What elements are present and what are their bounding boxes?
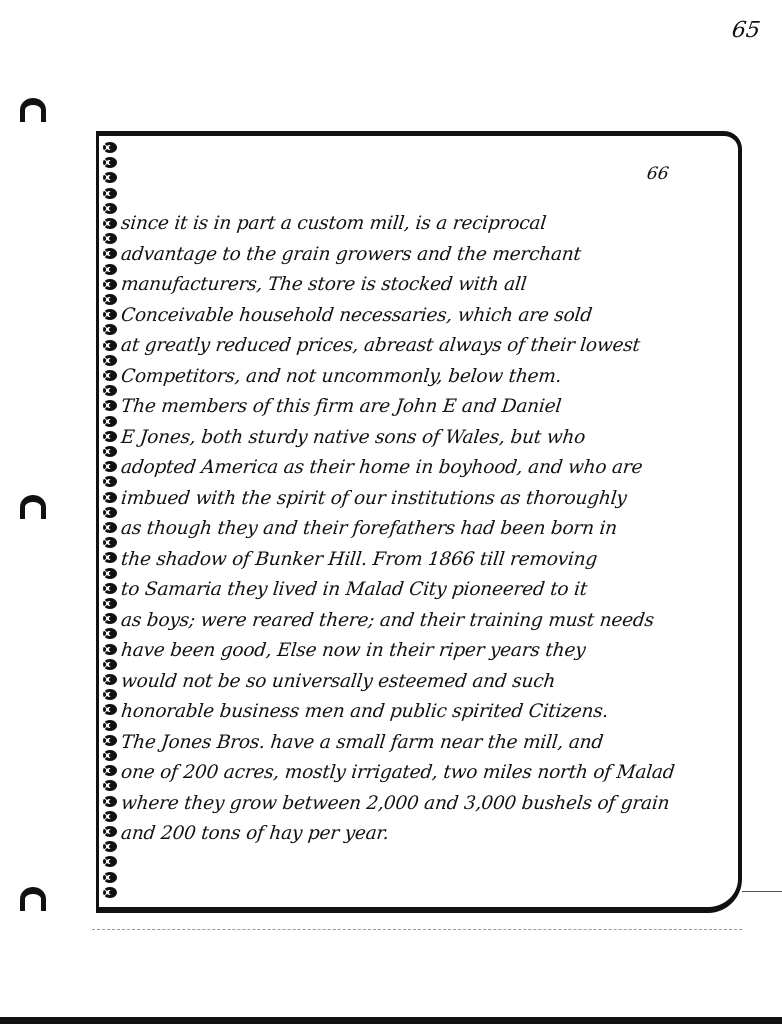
punch-hole-icon bbox=[20, 495, 46, 519]
text-line: Competitors, and not uncommonly, below t… bbox=[119, 362, 737, 393]
text-line: as though they and their forefathers had… bbox=[119, 514, 737, 545]
punch-hole-icon bbox=[20, 887, 46, 911]
spiral-coil-icon bbox=[103, 568, 117, 579]
text-line: to Samaria they lived in Malad City pion… bbox=[119, 575, 737, 606]
spiral-coil-icon bbox=[103, 340, 117, 351]
spiral-coil-icon bbox=[103, 537, 117, 548]
text-line: have been good, Else now in their riper … bbox=[119, 636, 737, 667]
text-line: the shadow of Bunker Hill. From 1866 til… bbox=[119, 545, 737, 576]
text-line: The Jones Bros. have a small farm near t… bbox=[119, 728, 737, 759]
text-line: adopted America as their home in boyhood… bbox=[119, 453, 737, 484]
spiral-coil-icon bbox=[103, 552, 117, 563]
spiral-coil-icon bbox=[103, 461, 117, 472]
spiral-coil-icon bbox=[103, 446, 117, 457]
spiral-coil-icon bbox=[103, 279, 117, 290]
spiral-coil-icon bbox=[103, 142, 117, 153]
text-line: where they grow between 2,000 and 3,000 … bbox=[119, 789, 737, 820]
spiral-coil-icon bbox=[103, 628, 117, 639]
text-line: manufacturers, The store is stocked with… bbox=[119, 270, 737, 301]
text-line: as boys; were reared there; and their tr… bbox=[119, 606, 737, 637]
spiral-coil-icon bbox=[103, 765, 117, 776]
spiral-coil-icon bbox=[103, 264, 117, 275]
faint-rule bbox=[92, 929, 742, 930]
spiral-coil-icon bbox=[103, 370, 117, 381]
spiral-coil-icon bbox=[103, 355, 117, 366]
spiral-coil-icon bbox=[103, 735, 117, 746]
spiral-coil-icon bbox=[103, 826, 117, 837]
spiral-coil-icon bbox=[103, 309, 117, 320]
spiral-coil-icon bbox=[103, 400, 117, 411]
text-line: The members of this firm are John E and … bbox=[119, 392, 737, 423]
spiral-coil-icon bbox=[103, 796, 117, 807]
spiral-coil-icon bbox=[103, 294, 117, 305]
spiral-coil-icon bbox=[103, 492, 117, 503]
spiral-coil-icon bbox=[103, 887, 117, 898]
inner-page-number: 66 bbox=[646, 164, 670, 184]
spiral-coil-icon bbox=[103, 218, 117, 229]
text-line: Conceivable household necessaries, which… bbox=[119, 301, 737, 332]
punch-hole-icon bbox=[20, 98, 46, 122]
margin-rule bbox=[742, 891, 782, 892]
spiral-coil-icon bbox=[103, 583, 117, 594]
spiral-coil-icon bbox=[103, 872, 117, 883]
spiral-coil-icon bbox=[103, 188, 117, 199]
spiral-binding-icon bbox=[103, 142, 121, 902]
spiral-coil-icon bbox=[103, 172, 117, 183]
handwritten-text: since it is in part a custom mill, is a … bbox=[121, 209, 736, 850]
spiral-coil-icon bbox=[103, 385, 117, 396]
spiral-coil-icon bbox=[103, 841, 117, 852]
notebook-page: 66 since it is in part a custom mill, is… bbox=[96, 131, 742, 913]
spiral-coil-icon bbox=[103, 431, 117, 442]
text-line: advantage to the grain growers and the m… bbox=[119, 240, 737, 271]
spiral-coil-icon bbox=[103, 704, 117, 715]
spiral-coil-icon bbox=[103, 476, 117, 487]
spiral-coil-icon bbox=[103, 248, 117, 259]
spiral-coil-icon bbox=[103, 659, 117, 670]
spiral-coil-icon bbox=[103, 324, 117, 335]
spiral-coil-icon bbox=[103, 674, 117, 685]
text-line: at greatly reduced prices, abreast alway… bbox=[119, 331, 737, 362]
spiral-coil-icon bbox=[103, 750, 117, 761]
outer-page-number: 65 bbox=[730, 18, 762, 43]
spiral-coil-icon bbox=[103, 157, 117, 168]
spiral-coil-icon bbox=[103, 856, 117, 867]
text-line: honorable business men and public spirit… bbox=[119, 697, 737, 728]
text-line: E Jones, both sturdy native sons of Wale… bbox=[119, 423, 737, 454]
text-line: one of 200 acres, mostly irrigated, two … bbox=[119, 758, 737, 789]
spiral-coil-icon bbox=[103, 780, 117, 791]
spiral-coil-icon bbox=[103, 598, 117, 609]
spiral-coil-icon bbox=[103, 720, 117, 731]
spiral-coil-icon bbox=[103, 233, 117, 244]
spiral-coil-icon bbox=[103, 203, 117, 214]
scan-edge bbox=[0, 1017, 782, 1024]
spiral-coil-icon bbox=[103, 522, 117, 533]
spiral-coil-icon bbox=[103, 507, 117, 518]
spiral-coil-icon bbox=[103, 811, 117, 822]
spiral-coil-icon bbox=[103, 416, 117, 427]
text-line: since it is in part a custom mill, is a … bbox=[119, 209, 737, 240]
text-line: and 200 tons of hay per year. bbox=[119, 819, 737, 850]
text-line: would not be so universally esteemed and… bbox=[119, 667, 737, 698]
spiral-coil-icon bbox=[103, 613, 117, 624]
text-line: imbued with the spirit of our institutio… bbox=[119, 484, 737, 515]
spiral-coil-icon bbox=[103, 689, 117, 700]
spiral-coil-icon bbox=[103, 644, 117, 655]
